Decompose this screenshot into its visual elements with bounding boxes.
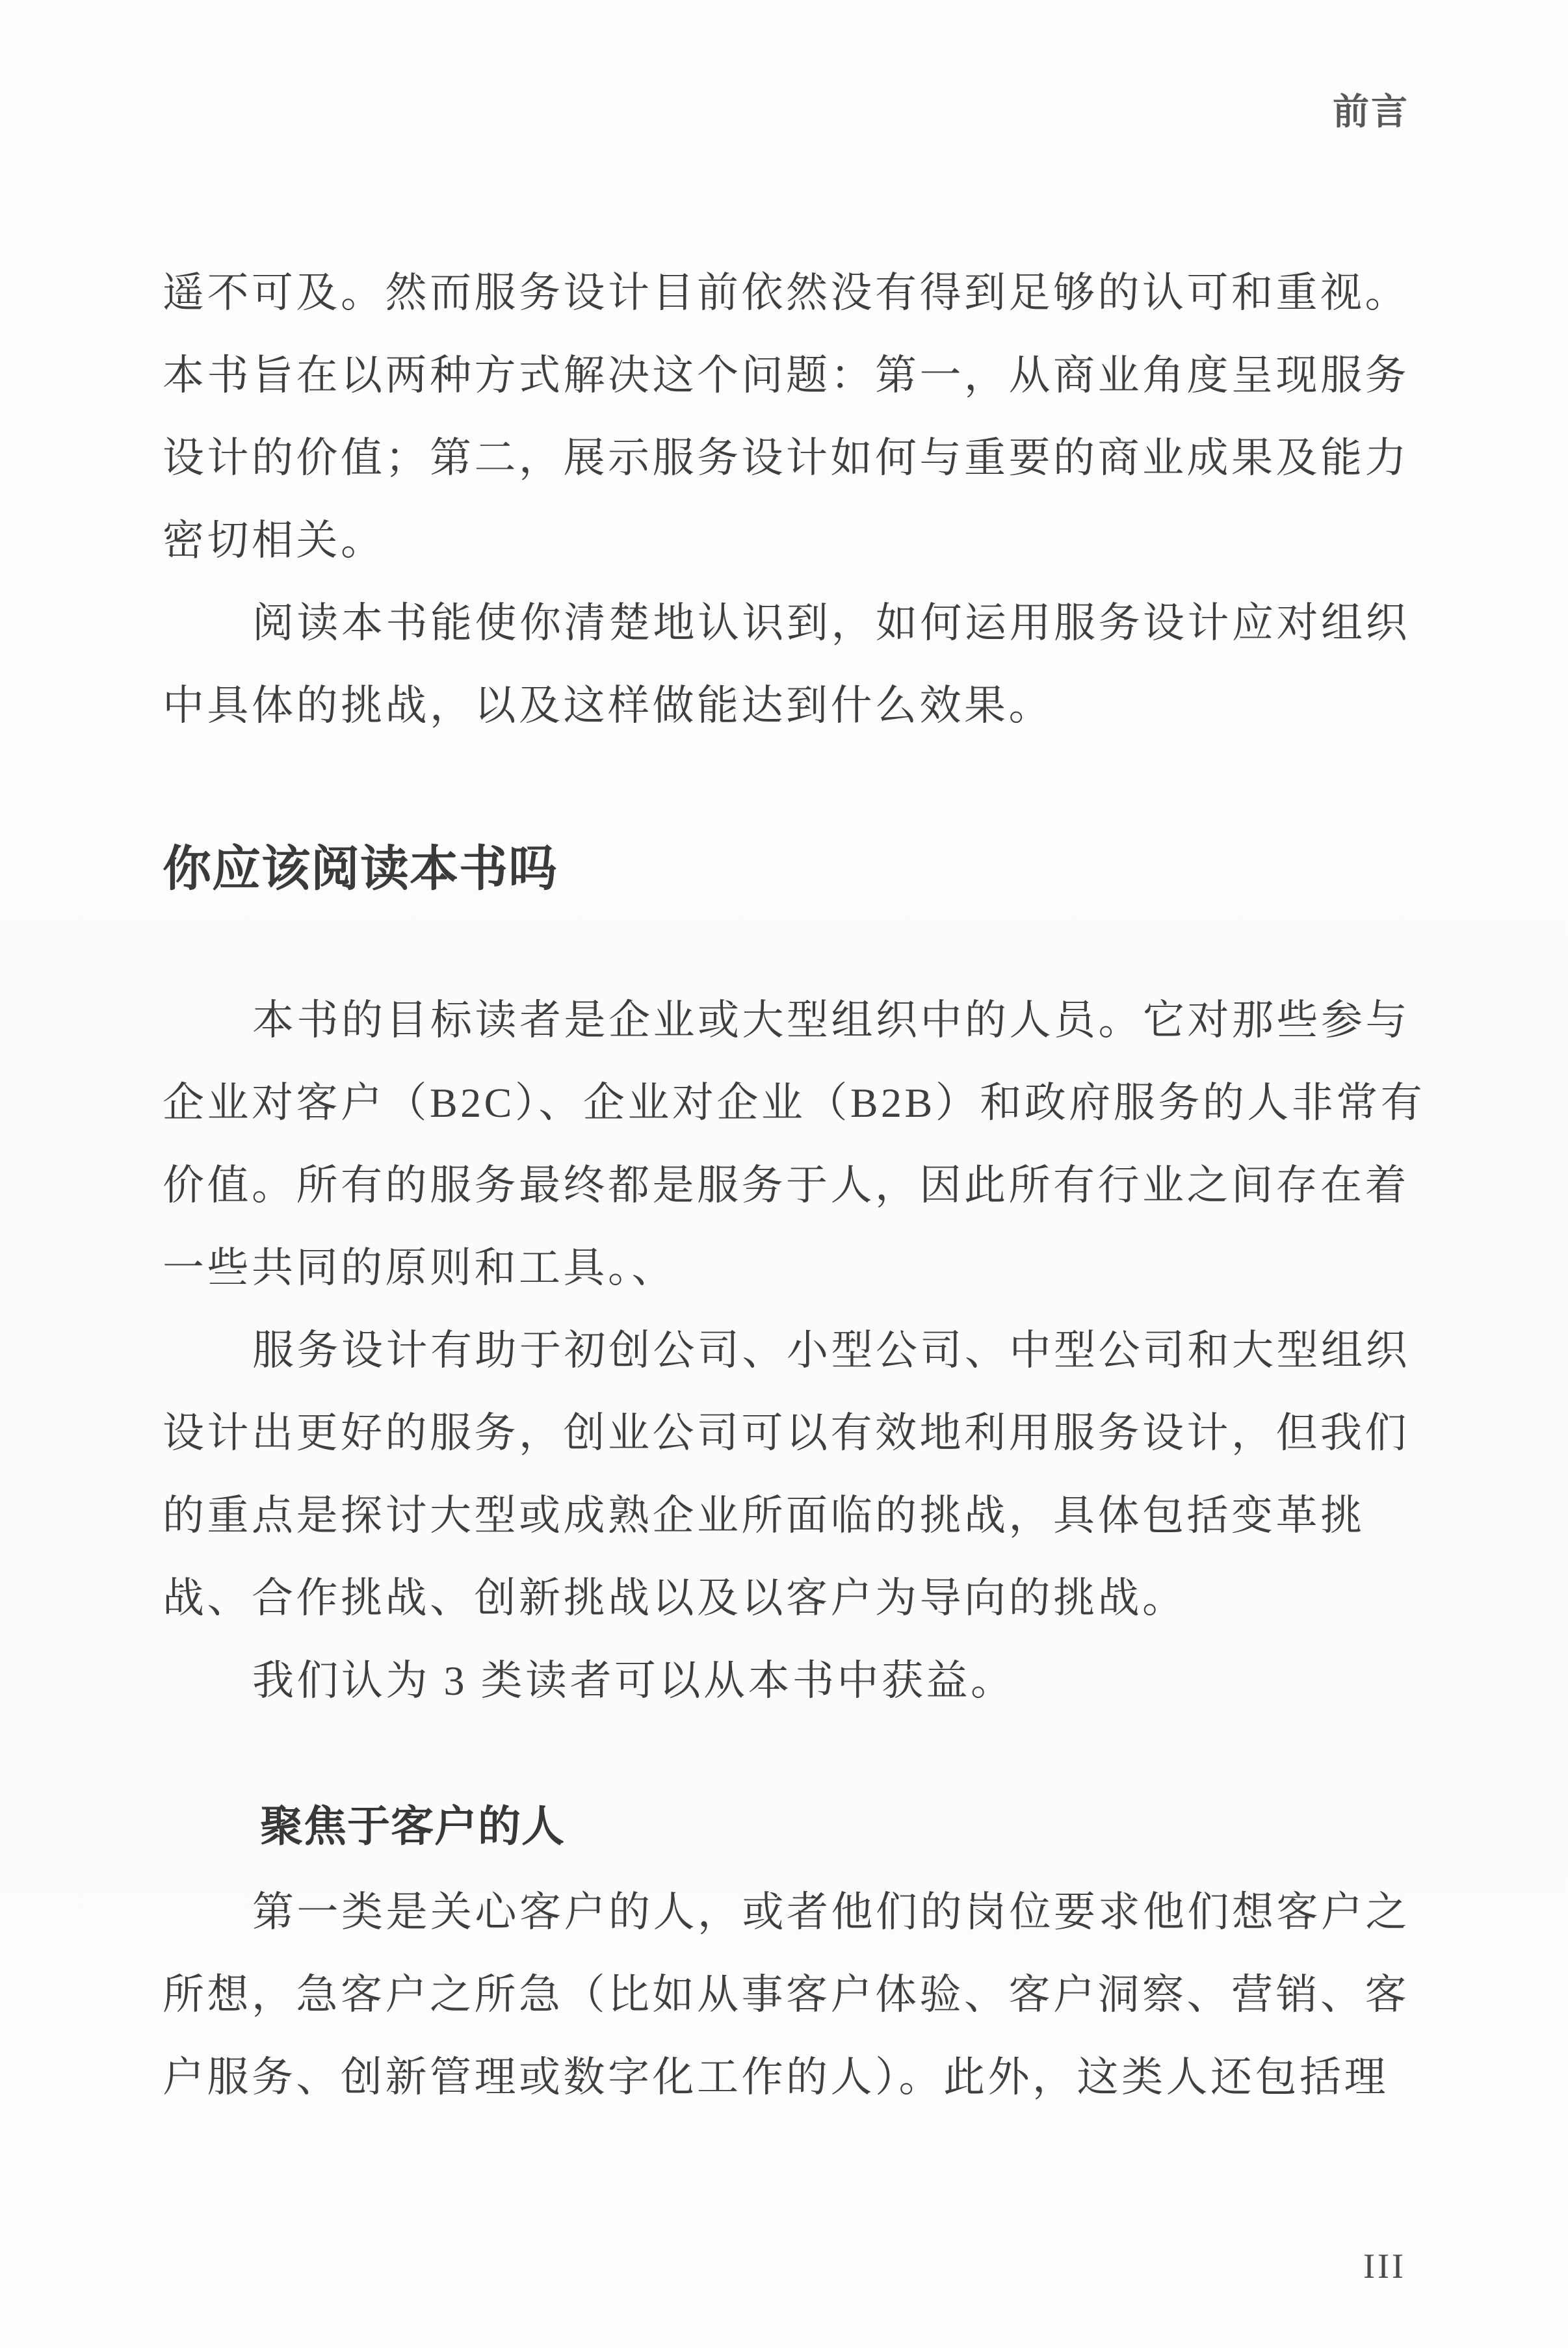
body-line: 遥不可及。然而服务设计目前依然没有得到足够的认可和重视。 (163, 252, 1412, 334)
page-number: III (1363, 2246, 1406, 2286)
body-line: 户服务、创新管理或数字化工作的人）。此外，这类人还包括理 (163, 2036, 1412, 2119)
body-line: 本书的目标读者是企业或大型组织中的人员。它对那些参与 (163, 979, 1412, 1062)
sub-heading: 聚焦于客户的人 (163, 1786, 1412, 1868)
paragraph: 本书的目标读者是企业或大型组织中的人员。它对那些参与 企业对客户（B2C）、企业… (163, 979, 1412, 1309)
running-head: 前言 (1333, 83, 1409, 135)
paragraph: 遥不可及。然而服务设计目前依然没有得到足够的认可和重视。 本书旨在以两种方式解决… (163, 252, 1412, 582)
body-line: 设计的价值；第二，展示服务设计如何与重要的商业成果及能力 (163, 417, 1412, 499)
body-line: 本书旨在以两种方式解决这个问题：第一，从商业角度呈现服务 (163, 334, 1412, 417)
paragraph: 阅读本书能使你清楚地认识到，如何运用服务设计应对组织 中具体的挑战，以及这样做能… (163, 582, 1412, 747)
body-line: 设计出更好的服务，创业公司可以有效地利用服务设计，但我们 (163, 1392, 1412, 1474)
paragraph: 服务设计有助于初创公司、小型公司、中型公司和大型组织 设计出更好的服务，创业公司… (163, 1309, 1412, 1639)
paragraph: 我们认为 3 类读者可以从本书中获益。 (163, 1639, 1412, 1722)
body-line: 阅读本书能使你清楚地认识到，如何运用服务设计应对组织 (163, 582, 1412, 664)
body-line: 战、合作挑战、创新挑战以及以客户为导向的挑战。 (163, 1557, 1412, 1639)
section-heading: 你应该阅读本书吗 (163, 835, 1412, 903)
body-line: 第一类是关心客户的人，或者他们的岗位要求他们想客户之 (163, 1871, 1412, 1953)
paragraph: 第一类是关心客户的人，或者他们的岗位要求他们想客户之 所想，急客户之所急（比如从… (163, 1871, 1412, 2119)
body-line: 服务设计有助于初创公司、小型公司、中型公司和大型组织 (163, 1309, 1412, 1392)
body-line: 一些共同的原则和工具。、 (163, 1227, 1412, 1309)
body-line: 的重点是探讨大型或成熟企业所面临的挑战，具体包括变革挑 (163, 1474, 1412, 1557)
book-page: 前言 遥不可及。然而服务设计目前依然没有得到足够的认可和重视。 本书旨在以两种方… (0, 0, 1568, 2348)
body-line: 企业对客户（B2C）、企业对企业（B2B）和政府服务的人非常有 (163, 1062, 1412, 1144)
body-line: 密切相关。 (163, 499, 1412, 582)
page-body: 遥不可及。然而服务设计目前依然没有得到足够的认可和重视。 本书旨在以两种方式解决… (163, 252, 1412, 2119)
body-line: 中具体的挑战，以及这样做能达到什么效果。 (163, 664, 1412, 747)
body-line: 我们认为 3 类读者可以从本书中获益。 (163, 1639, 1412, 1722)
body-line: 价值。所有的服务最终都是服务于人，因此所有行业之间存在着 (163, 1144, 1412, 1227)
body-line: 所想，急客户之所急（比如从事客户体验、客户洞察、营销、客 (163, 1953, 1412, 2036)
